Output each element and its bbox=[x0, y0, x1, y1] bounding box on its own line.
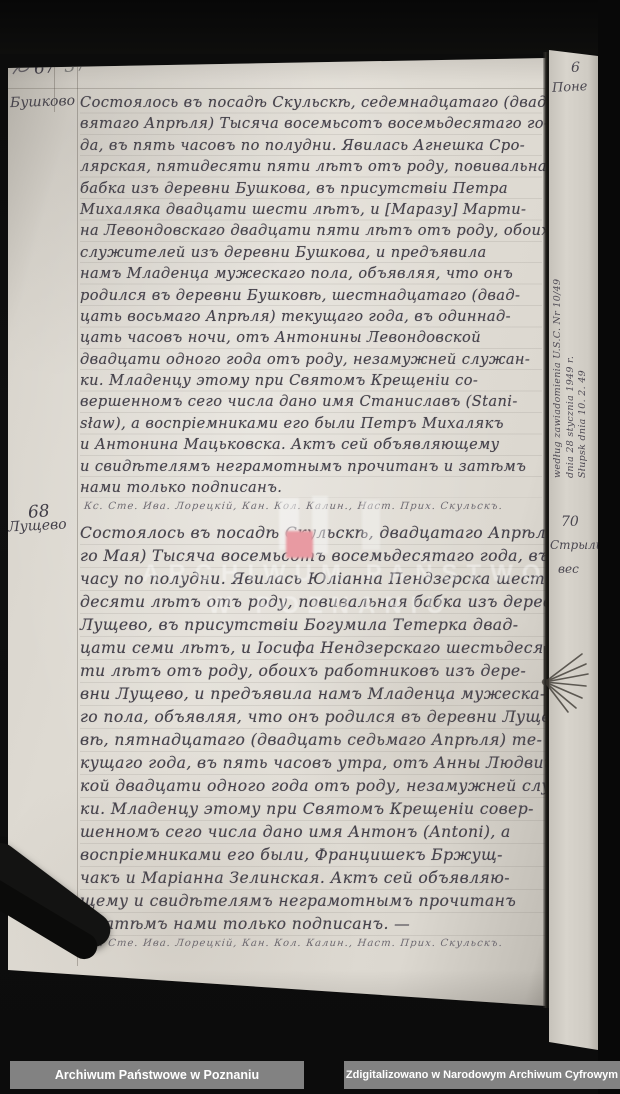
priest-signature-entry-68: Кс. Сте. Ива. Лорецкій, Кан. Кол. Калин.… bbox=[83, 938, 503, 949]
handwritten-line: Михаляка двадцати шести лѣтъ, и [Маразу]… bbox=[80, 199, 542, 220]
handwritten-line: лярская, пятидесяти пяти лѣтъ отъ роду, … bbox=[80, 156, 542, 177]
adjacent-margin-word: вес bbox=[558, 562, 579, 576]
handwritten-line: вни Лущево, и предъявила намъ Младенца м… bbox=[80, 683, 546, 706]
digitization-banner-right: Zdigitalizowano w Narodowym Archiwum Cyf… bbox=[344, 1061, 620, 1089]
handwritten-line: и свидѣтелямъ неграмотнымъ прочитанъ и з… bbox=[80, 456, 542, 477]
margin-place-lushchevo: Лущево bbox=[8, 516, 67, 535]
handwritten-line: вѣ, пятнадцатаго (двадцать седьмаго Апрѣ… bbox=[80, 729, 546, 752]
watermark-letter-fragment bbox=[362, 500, 380, 550]
handwritten-line: и Антонина Мацьковска. Актъ сей объявляю… bbox=[80, 434, 542, 455]
marginal-note-line: dnia 28 stycznia 1949 r. bbox=[565, 288, 578, 478]
marginal-note-line: Słupsk dnia 10. 2. 49 bbox=[577, 288, 590, 478]
handwritten-line: цати семи лѣтъ, и Іосифа Нендзерскаго ше… bbox=[80, 637, 546, 660]
top-ruled-line bbox=[8, 88, 546, 89]
handwritten-line: кущаго года, въ пять часовъ утра, отъ Ан… bbox=[80, 752, 546, 775]
handwritten-line: цать восьмаго Апрѣля) текущаго года, въ … bbox=[80, 306, 542, 327]
archival-scan-viewport: 67 37 Бушково Состоялось въ посадѣ Скуль… bbox=[0, 0, 620, 1094]
handwritten-line: нами только подписанъ. bbox=[80, 477, 542, 498]
handwritten-line: намъ Младенца мужескаго пола, объявляя, … bbox=[80, 263, 542, 284]
handwritten-line: го пола, объявляя, что онъ родился въ де… bbox=[80, 706, 546, 729]
adjacent-entry-number-top: 6 bbox=[571, 60, 580, 76]
handwritten-line: воспріемниками его были, Францишекъ Бржу… bbox=[80, 844, 546, 867]
scan-background-right bbox=[598, 0, 620, 1094]
handwritten-line: родился въ деревни Бушковѣ, шестнадцатаг… bbox=[80, 285, 542, 306]
marginal-note-line: według zawiadomienia U.S.C. Nr 10/49 bbox=[552, 288, 565, 478]
watermark-text-line1: ARCHIWUM PAŃSTWOWE bbox=[142, 560, 606, 588]
handwritten-line: ки. Младенцу этому при Святомъ Крещеніи … bbox=[80, 370, 542, 391]
handwritten-line: шенномъ сего числа дано имя Антонъ (Anto… bbox=[80, 821, 546, 844]
book-fold-line bbox=[543, 52, 549, 1008]
handwritten-line: Состоялось въ посадѣ Скульскѣ, седемнадц… bbox=[80, 92, 542, 113]
handwritten-line: чакъ и Маріанна Зелинская. Актъ сей объя… bbox=[80, 867, 546, 890]
handwritten-line: служителей изъ деревни Бушкова, и предъя… bbox=[80, 242, 542, 263]
handwritten-line: sław), а воспріемниками его были Петръ М… bbox=[80, 413, 542, 434]
watermark-text-line2: W POZNANIU bbox=[208, 592, 453, 620]
handwritten-line: щему и свидѣтелямъ неграмотнымъ прочитан… bbox=[80, 890, 546, 913]
watermark-accent-block bbox=[286, 531, 313, 558]
archive-banner-left: Archiwum Państwowe w Poznaniu bbox=[10, 1061, 304, 1089]
handwritten-line: бабка изъ деревни Бушкова, въ присутстві… bbox=[80, 178, 542, 199]
handwritten-line: ти лѣтъ отъ роду, обоихъ работниковъ изъ… bbox=[80, 660, 546, 683]
handwritten-line: вятаго Апрѣля) Тысяча восемьсотъ восемьд… bbox=[80, 113, 542, 134]
binding-thread-tassel bbox=[534, 646, 590, 718]
handwritten-line: цать часовъ ночи, отъ Антонины Левондовс… bbox=[80, 327, 542, 348]
watermark-letter-fragment bbox=[312, 496, 328, 554]
scan-background-top bbox=[0, 0, 620, 54]
handwritten-line: ки. Младенцу этому при Святомъ Крещеніи … bbox=[80, 798, 546, 821]
entry-number-67: 67 bbox=[33, 57, 56, 78]
polish-marginal-note: według zawiadomienia U.S.C. Nr 10/49dnia… bbox=[552, 288, 592, 478]
register-page: 67 37 Бушково Состоялось въ посадѣ Скуль… bbox=[8, 54, 546, 1008]
adjacent-entry-number-70: 70 bbox=[561, 514, 579, 530]
pencil-page-number: 37 bbox=[63, 54, 88, 77]
handwritten-line: вершенномъ сего числа дано имя Станислав… bbox=[80, 391, 542, 412]
adjacent-page-strip: 6 Поне 70 Стрыльце вес bbox=[549, 50, 598, 1050]
record-entry-67: Состоялось въ посадѣ Скульскѣ, седемнадц… bbox=[80, 92, 542, 498]
handwritten-line: двадцати одного года отъ роду, незамужне… bbox=[80, 349, 542, 370]
adjacent-margin-word-top: Поне bbox=[552, 79, 588, 96]
handwritten-line: кой двадцати одного года отъ роду, незам… bbox=[80, 775, 546, 798]
handwritten-line: и затѣмъ нами только подписанъ. — bbox=[80, 913, 546, 936]
margin-place-bushkovo: Бушково bbox=[10, 93, 76, 111]
margin-ruled-line bbox=[77, 54, 78, 966]
handwritten-line: на Левондовскаго двадцати пяти лѣтъ отъ … bbox=[80, 220, 542, 241]
handwritten-line: да, въ пять часовъ по полудни. Явилась А… bbox=[80, 135, 542, 156]
